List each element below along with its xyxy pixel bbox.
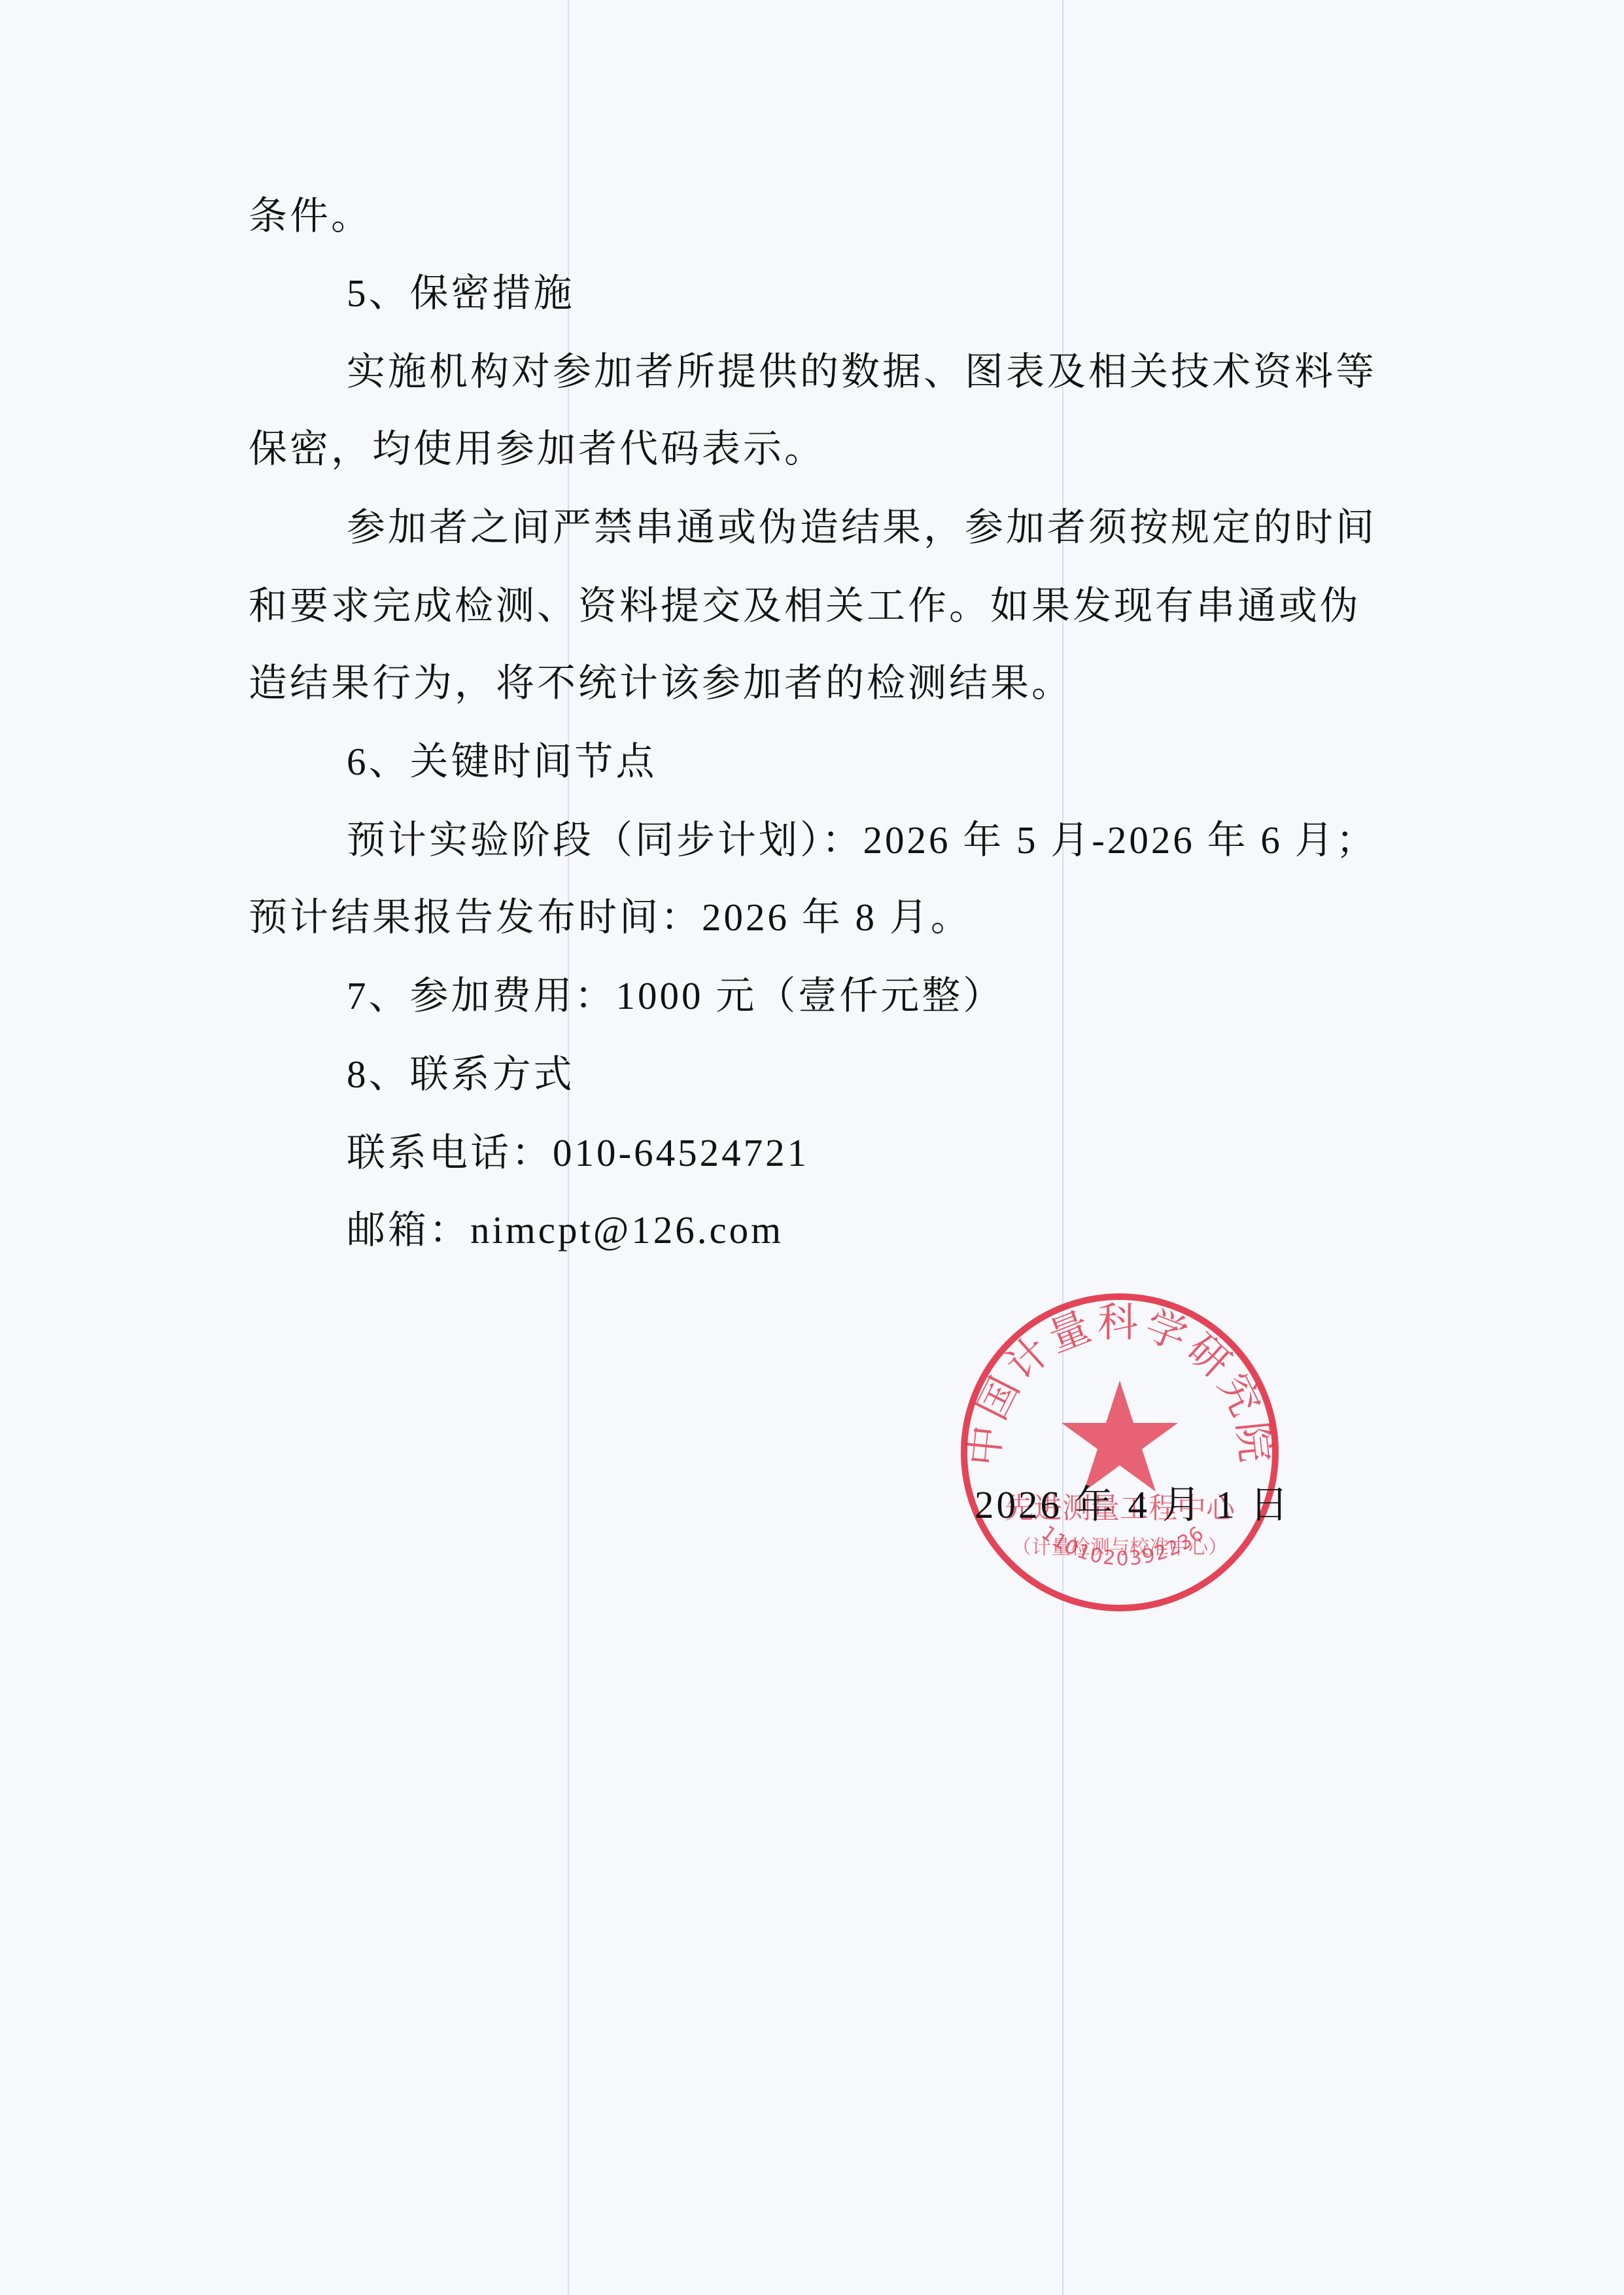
section-5-paragraph-2-line-2: 和要求完成检测、资料提交及相关工作。如果发现有串通或伪	[249, 580, 1361, 632]
section-5-paragraph-1-line-1: 实施机构对参加者所提供的数据、图表及相关技术资料等	[347, 345, 1377, 398]
section-7-fee: 7、参加费用：1000 元（壹仟元整）	[347, 970, 1004, 1022]
section-6-report-date: 预计结果报告发布时间：2026 年 8 月。	[249, 891, 972, 943]
section-5-paragraph-2-line-1: 参加者之间严禁串通或伪造结果，参加者须按规定的时间	[347, 501, 1377, 553]
contact-email: 邮箱：nimcpt@126.com	[347, 1204, 784, 1256]
official-seal: 中国计量科学研究院 先进测量工程中心 （计量检测与校准中心） 110102039…	[956, 1289, 1283, 1616]
section-5-paragraph-2-line-3: 造结果行为，将不统计该参加者的检测结果。	[249, 657, 1073, 709]
scan-line	[1062, 0, 1063, 2295]
seal-icon: 中国计量科学研究院 先进测量工程中心 （计量检测与校准中心） 110102039…	[956, 1289, 1283, 1616]
section-6-experiment-period: 预计实验阶段（同步计划）：2026 年 5 月-2026 年 6 月；	[347, 814, 1377, 866]
contact-phone: 联系电话：010-64524721	[347, 1127, 809, 1179]
section-5-heading: 5、保密措施	[347, 267, 575, 319]
signature-date: 2026 年 4 月 1 日	[975, 1479, 1291, 1531]
star-icon	[1062, 1380, 1178, 1492]
section-5-paragraph-1-line-2: 保密，均使用参加者代码表示。	[249, 423, 825, 475]
paragraph-continuation: 条件。	[249, 190, 372, 242]
section-8-heading: 8、联系方式	[347, 1048, 575, 1100]
section-6-heading: 6、关键时间节点	[347, 735, 657, 788]
